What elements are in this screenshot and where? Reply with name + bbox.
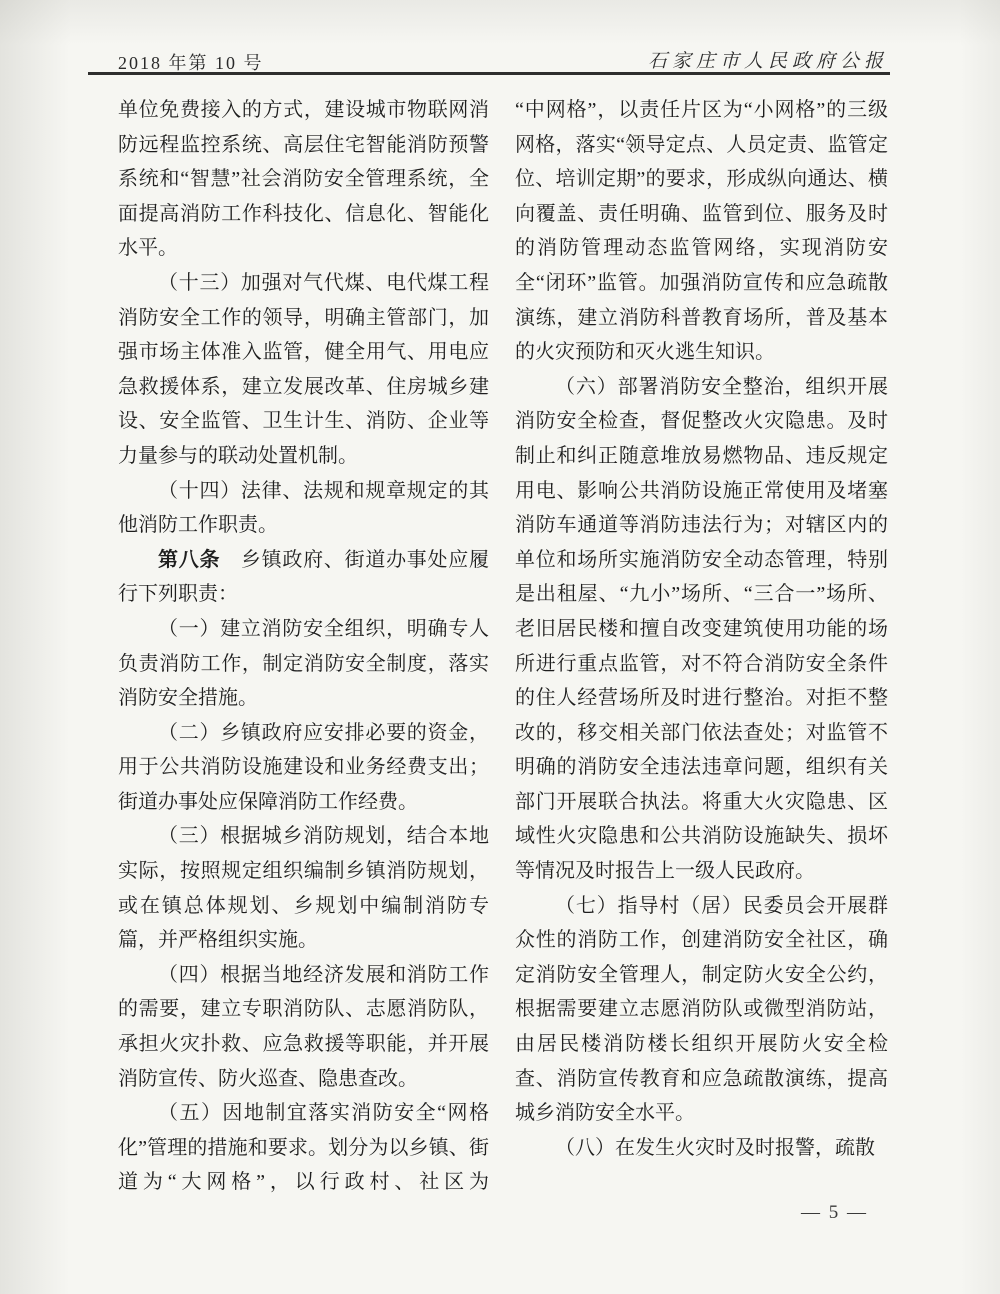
paragraph: （四）根据当地经济发展和消防工作的需要，建立专职消防队、志愿消防队，承担火灾扑救… — [118, 958, 489, 1096]
header-publication-title: 石家庄市人民政府公报 — [648, 46, 888, 73]
paragraph: 单位免费接入的方式，建设城市物联网消防远程监控系统、高层住宅智能消防预警系统和“… — [118, 93, 489, 266]
paragraph: （六）部署消防安全整治，组织开展消防安全检查，督促整改火灾隐患。及时制止和纠正随… — [515, 370, 888, 889]
paragraph: （十四）法律、法规和规章规定的其他消防工作职责。 — [118, 474, 489, 543]
page-number: — 5 — — [801, 1202, 868, 1224]
left-text-column: 单位免费接入的方式，建设城市物联网消防远程监控系统、高层住宅智能消防预警系统和“… — [118, 93, 489, 1200]
paragraph: （三）根据城乡消防规划，结合本地实际，按照规定组织编制乡镇消防规划，或在镇总体规… — [118, 819, 489, 957]
paragraph: （八）在发生火灾时及时报警，疏散 — [515, 1131, 888, 1166]
paragraph: “中网格”，以责任片区为“小网格”的三级网格，落实“领导定点、人员定责、监管定位… — [515, 93, 888, 370]
header-divider-rule — [88, 72, 890, 75]
paragraph-article-8: 第八条 乡镇政府、街道办事处应履行下列职责： — [118, 543, 489, 612]
paragraph: （二）乡镇政府应安排必要的资金，用于公共消防设施建设和业务经费支出；街道办事处应… — [118, 716, 489, 820]
paragraph: （十三）加强对气代煤、电代煤工程消防安全工作的领导，明确主管部门，加强市场主体准… — [118, 266, 489, 474]
paragraph: （五）因地制宜落实消防安全“网格化”管理的措施和要求。划分为以乡镇、街道为“大网… — [118, 1096, 489, 1200]
right-text-column: “中网格”，以责任片区为“小网格”的三级网格，落实“领导定点、人员定责、监管定位… — [515, 93, 888, 1165]
paragraph: （一）建立消防安全组织，明确专人负责消防工作，制定消防安全制度，落实消防安全措施… — [118, 612, 489, 716]
article-number-label: 第八条 — [158, 549, 220, 571]
paragraph: （七）指导村（居）民委员会开展群众性的消防工作，创建消防安全社区，确定消防安全管… — [515, 889, 888, 1131]
gazette-page: 2018 年第 10 号 石家庄市人民政府公报 单位免费接入的方式，建设城市物联… — [0, 0, 1000, 1294]
